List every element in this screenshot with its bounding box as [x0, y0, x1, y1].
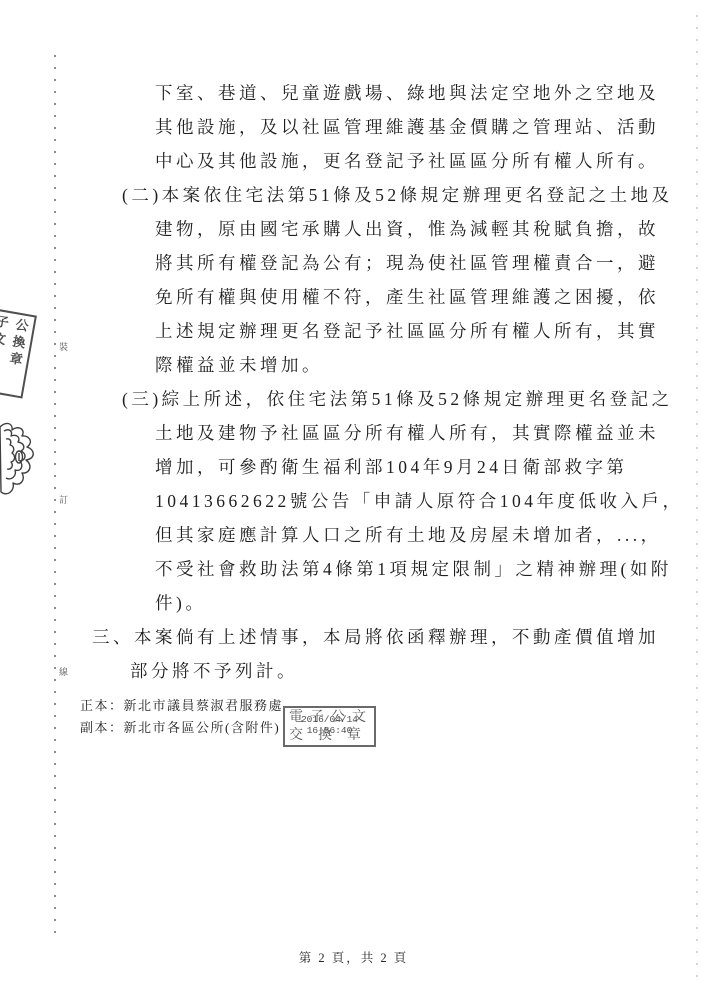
document-page: 裝 訂 線 公換章 子文 下室、巷道、兒童遊戲場、綠地與法定空地外之空地及其他設… [0, 0, 707, 1000]
body-line: 將其所有權登記為公有；現為使社區管理權責合一，避 [155, 246, 707, 280]
body-line: 際權益並未增加。 [155, 348, 707, 382]
copy-recipient: 副本：新北市各區公所(含附件) [80, 717, 283, 739]
body-line: 但其家庭應計算人口之所有土地及房屋未增加者，...， [155, 518, 707, 552]
body-line: 增加，可參酌衛生福利部104年9月24日衛部救字第 [155, 450, 707, 484]
exchange-stamp-date: 2016/04/14 [285, 714, 374, 725]
body-line: 建物，原由國宅承購人出資，惟為減輕其稅賦負擔，故 [155, 212, 707, 246]
exchange-stamp-time: 16:56:40 [285, 725, 374, 736]
exchange-stamp-datetime: 2016/04/14 16:56:40 [285, 714, 374, 736]
body-line: 下室、巷道、兒童遊戲場、綠地與法定空地外之空地及 [155, 76, 707, 110]
body-line: 其他設施，及以社區管理維護基金價購之管理站、活動 [155, 110, 707, 144]
body-line: 部分將不予列計。 [130, 654, 707, 688]
body-line: 中心及其他設施，更名登記予社區區分所有權人所有。 [155, 144, 707, 178]
distribution-block: 正本：新北市議員蔡淑君服務處 副本：新北市各區公所(含附件) [80, 695, 283, 739]
body-text: 下室、巷道、兒童遊戲場、綠地與法定空地外之空地及其他設施，及以社區管理維護基金價… [0, 76, 707, 688]
body-line: 不受社會救助法第4條第1項規定限制」之精神辦理(如附 [155, 552, 707, 586]
body-line: 三、本案倘有上述情事，本局將依函釋辦理，不動產價值增加 [92, 620, 707, 654]
body-line: (二)本案依住宅法第51條及52條規定辦理更名登記之土地及 [122, 178, 707, 212]
original-recipient: 正本：新北市議員蔡淑君服務處 [80, 695, 283, 717]
body-line: 上述規定辦理更名登記予社區區分所有權人所有，其實 [155, 314, 707, 348]
body-line: 件)。 [155, 586, 707, 620]
page-indicator: 第 2 頁，共 2 頁 [0, 948, 707, 966]
body-line: 免所有權與使用權不符，產生社區管理維護之困擾，依 [155, 280, 707, 314]
body-line: 10413662622號公告「申請人原符合104年度低收入戶， [155, 484, 707, 518]
electronic-exchange-stamp: 電子公文 交換章 2016/04/14 16:56:40 [283, 706, 376, 747]
body-line: 土地及建物予社區區分所有權人所有，其實際權益並未 [155, 416, 707, 450]
body-line: (三)綜上所述，依住宅法第51條及52條規定辦理更名登記之 [122, 382, 707, 416]
